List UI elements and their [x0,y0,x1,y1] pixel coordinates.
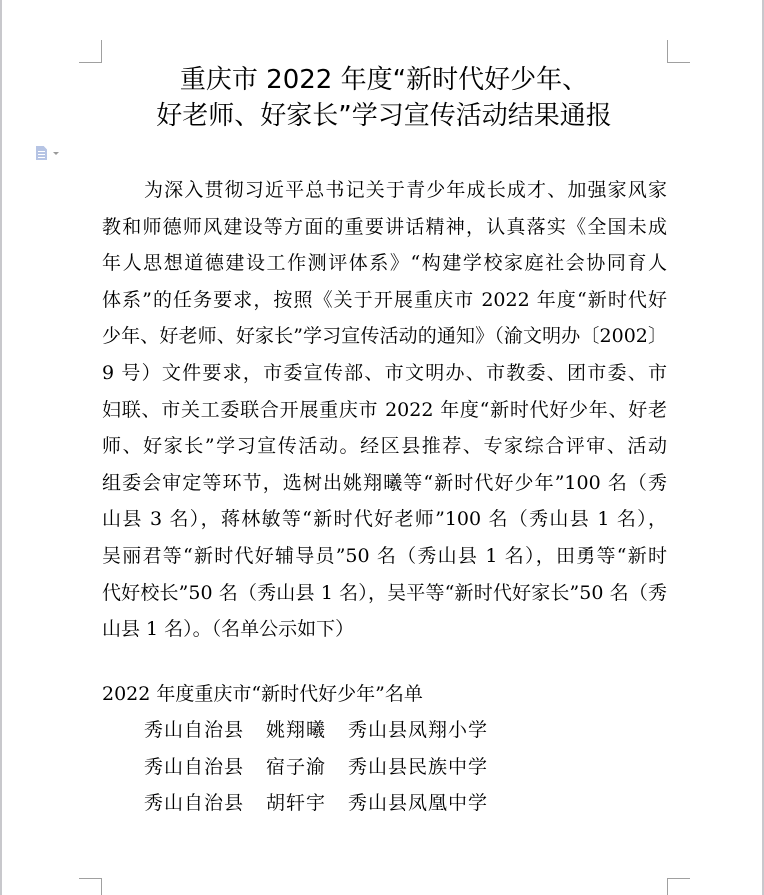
document-title[interactable]: 重庆市 2022 年度“新时代好少年、 好老师、好家长”学习宣传活动结果通报 [102,62,666,134]
paste-options-button[interactable] [36,145,66,161]
body-line[interactable]: 为深入贯彻习近平总书记关于青少年成长成才、加强家风家 [102,172,667,209]
body-line[interactable]: 年人思想道德建设工作测评体系》“构建学校家庭社会协同育人 [102,245,667,282]
body-line[interactable]: 山县 3 名），蒋林敏等“新时代好老师”100 名（秀山县 1 名）， [102,501,667,538]
body-line[interactable]: 妇联、市关工委联合开展重庆市 2022 年度“新时代好少年、好老 [102,392,667,429]
school-cell[interactable]: 秀山县凤翔小学 [348,712,488,749]
list-heading[interactable]: 2022 年度重庆市“新时代好少年”名单 [102,676,423,712]
document-page: 重庆市 2022 年度“新时代好少年、 好老师、好家长”学习宣传活动结果通报 为… [0,0,764,895]
body-line[interactable]: 山县 1 名）。（名单公示如下） [102,611,667,648]
margin-corner-top-left [79,40,102,63]
county-cell[interactable]: 秀山自治县 [144,749,244,786]
margin-corner-bottom-right [667,878,690,895]
name-cell[interactable]: 姚翔曦 [266,712,326,749]
body-line[interactable]: 师、好家长”学习宣传活动。经区县推荐、专家综合评审、活动 [102,428,667,465]
name-cell[interactable]: 宿子渝 [266,749,326,786]
body-line[interactable]: 代好校长”50 名（秀山县 1 名），吴平等“新时代好家长”50 名（秀 [102,575,667,612]
body-paragraph[interactable]: 为深入贯彻习近平总书记关于青少年成长成才、加强家风家 教和师德师风建设等方面的重… [102,172,667,648]
title-line-2[interactable]: 好老师、好家长”学习宣传活动结果通报 [102,98,666,134]
margin-corner-bottom-left [79,878,102,895]
chevron-down-icon [53,152,59,155]
body-line[interactable]: 体系”的任务要求，按照《关于开展重庆市 2022 年度“新时代好 [102,282,667,319]
body-line[interactable]: 9 号）文件要求，市委宣传部、市文明办、市教委、团市委、市 [102,355,667,392]
margin-corner-top-right [667,40,690,63]
paste-options-icon [36,146,47,160]
county-cell[interactable]: 秀山自治县 [144,712,244,749]
school-cell[interactable]: 秀山县凤凰中学 [348,785,488,822]
county-cell[interactable]: 秀山自治县 [144,785,244,822]
body-line[interactable]: 教和师德师风建设等方面的重要讲话精神，认真落实《全国未成 [102,209,667,246]
body-line[interactable]: 组委会审定等环节，选树出姚翔曦等“新时代好少年”100 名（秀 [102,465,667,502]
school-cell[interactable]: 秀山县民族中学 [348,749,488,786]
name-cell[interactable]: 胡轩宇 [266,785,326,822]
body-line[interactable]: 吴丽君等“新时代好辅导员”50 名（秀山县 1 名），田勇等“新时 [102,538,667,575]
title-line-1[interactable]: 重庆市 2022 年度“新时代好少年、 [102,62,666,98]
body-line[interactable]: 少年、好老师、好家长”学习宣传活动的通知》（渝文明办〔2002〕 [102,318,667,355]
